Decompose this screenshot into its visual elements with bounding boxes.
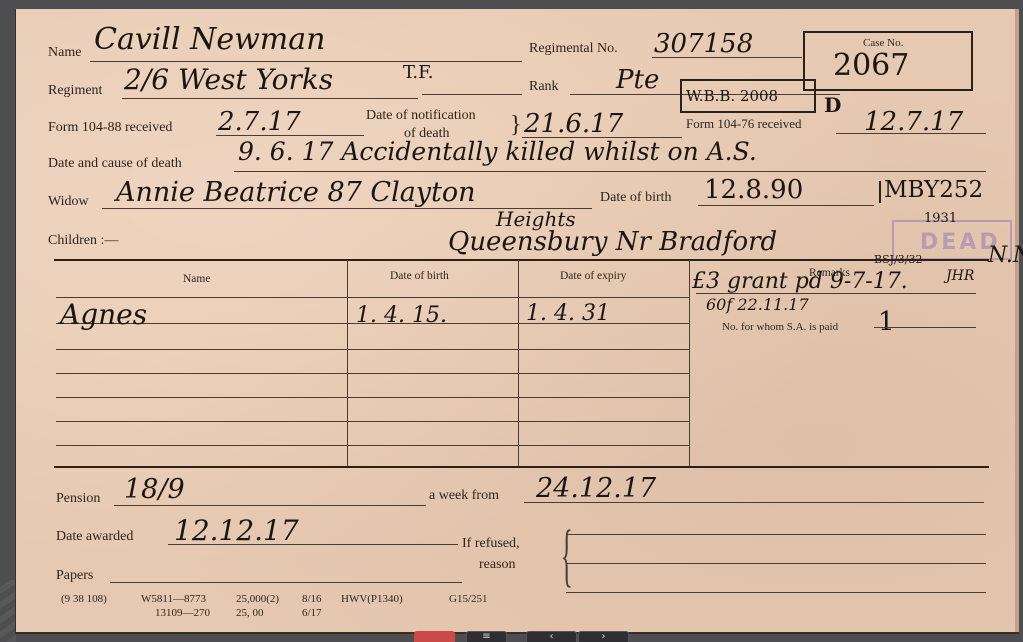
print-code-4a: 8/16 <box>302 594 322 605</box>
form-104-88-line <box>216 135 364 136</box>
a-week-from-value: 24.12.17 <box>536 475 656 502</box>
name-line <box>90 61 522 62</box>
widow-dob-line <box>698 205 874 206</box>
viewer-toolbar <box>0 631 1023 642</box>
col-divider-2 <box>518 260 519 466</box>
form-104-88-value: 2.7.17 <box>218 109 301 135</box>
card-edge <box>1015 9 1019 632</box>
rank-label: Rank <box>529 80 559 94</box>
row-line-5 <box>56 421 689 422</box>
form-104-76-line <box>836 133 986 134</box>
papers-label: Papers <box>56 569 93 583</box>
name-label: Name <box>48 46 81 60</box>
children-top-rule <box>54 259 989 261</box>
date-awarded-value: 12.12.17 <box>174 517 299 545</box>
if-refused-label: If refused, <box>462 537 520 551</box>
row-line-3 <box>56 373 689 374</box>
date-cause-death-label: Date and cause of death <box>48 157 182 171</box>
brace: } <box>510 113 522 137</box>
initials-nn: N.N. <box>988 245 1023 267</box>
print-code-4b: 6/17 <box>302 608 322 619</box>
widow-dob-label: Date of birth <box>600 191 672 205</box>
remarks-initials: JHR <box>946 269 974 283</box>
date-notification-value: 21.6.17 <box>524 111 623 137</box>
form-104-76-label: Form 104-76 received <box>686 117 802 130</box>
image-viewer: Name Cavill Newman Regimental No. 307158… <box>0 0 1023 642</box>
children-label: Children :— <box>48 234 118 248</box>
reference-bracket <box>879 181 881 203</box>
form-104-76-value: 12.7.17 <box>864 109 963 135</box>
case-no-value: 2067 <box>833 51 909 81</box>
form-104-88-label: Form 104-88 received <box>48 121 172 135</box>
table-bottom-rule <box>54 466 989 468</box>
regimental-no-line <box>652 57 802 58</box>
filmstrip-button[interactable]: ≡ <box>466 631 507 642</box>
print-code-3a: 25,000(2) <box>236 594 279 605</box>
col-divider-1 <box>347 260 348 466</box>
remarks-rule-1 <box>696 293 976 294</box>
date-awarded-label: Date awarded <box>56 530 133 544</box>
print-code-6: G15/251 <box>449 594 488 605</box>
regimental-no-value: 307158 <box>654 31 753 57</box>
children-header-dob: Date of birth <box>390 271 449 283</box>
child-dob-1: 1. 4. 15. <box>356 305 447 327</box>
widow-address-line-2: Heights <box>496 209 576 229</box>
wbb-stamp-value: W.B.B. 2008 <box>686 89 778 104</box>
chevron-left-icon: ‹ <box>527 632 576 642</box>
previous-button[interactable]: ‹ <box>526 631 577 642</box>
a-week-from-label: a week from <box>429 489 499 503</box>
children-header-expiry: Date of expiry <box>560 271 626 283</box>
print-code-1: (9 38 108) <box>61 594 107 605</box>
regimental-no-label: Regimental No. <box>529 42 618 56</box>
regiment-line <box>122 98 418 99</box>
date-cause-death-line <box>234 171 986 172</box>
pension-label: Pension <box>56 492 100 506</box>
print-code-3b: 25, 00 <box>236 608 264 619</box>
widow-label: Widow <box>48 195 89 209</box>
pension-record-card: Name Cavill Newman Regimental No. 307158… <box>15 9 1019 634</box>
date-cause-death-value: 9. 6. 17 Accidentally killed whilst on A… <box>238 139 757 164</box>
remarks-line-1: £3 grant pd 9-7-17. <box>692 271 908 293</box>
wbb-stamp-box: W.B.B. 2008 <box>680 79 816 113</box>
col-divider-3 <box>689 260 690 466</box>
reference-number: MBY252 <box>884 179 983 202</box>
print-code-2b: 13109—270 <box>155 608 210 619</box>
case-no-box: Case No. 2067 <box>803 31 973 91</box>
widow-address-line-3: Queensbury Nr Bradford <box>448 229 777 255</box>
papers-line <box>110 582 462 583</box>
row-line-0 <box>56 297 689 298</box>
filmstrip-icon: ≡ <box>467 632 506 642</box>
name-value: Cavill Newman <box>94 25 325 55</box>
date-awarded-line <box>168 544 458 545</box>
row-line-2 <box>56 349 689 350</box>
next-button[interactable]: › <box>578 631 629 642</box>
rank-value: Pte <box>616 67 659 93</box>
wbb-mark: D <box>824 95 841 115</box>
pension-value: 18/9 <box>124 476 185 503</box>
refused-line-2 <box>566 563 986 564</box>
print-code-2a: W5811—8773 <box>141 594 206 605</box>
stamp-year: 1931 <box>924 212 957 225</box>
regiment-label: Regiment <box>48 84 102 98</box>
record-button[interactable] <box>414 631 455 642</box>
no-sa-paid-value: 1 <box>878 309 895 335</box>
no-sa-paid-label: No. for whom S.A. is paid <box>722 322 838 333</box>
chevron-right-icon: › <box>579 632 628 642</box>
child-name-1: Agnes <box>60 301 147 329</box>
pension-line <box>114 505 426 506</box>
widow-value: Annie Beatrice 87 Clayton <box>116 179 476 206</box>
refused-line-3 <box>566 592 986 593</box>
regiment-suffix: T.F. <box>403 64 434 82</box>
row-line-4 <box>56 397 689 398</box>
regiment-line-2 <box>422 94 522 95</box>
regiment-value: 2/6 West Yorks <box>124 66 333 94</box>
remarks-line-2: 60f 22.11.17 <box>706 297 809 313</box>
children-header-name: Name <box>183 274 210 286</box>
print-code-5: HWV(P1340) <box>341 594 403 605</box>
widow-dob-value: 12.8.90 <box>704 177 803 203</box>
no-sa-paid-line <box>874 327 976 328</box>
row-line-6 <box>56 445 689 446</box>
a-week-from-line <box>524 502 984 503</box>
reason-label: reason <box>479 558 516 572</box>
refused-brace: { <box>561 521 573 591</box>
refused-line-1 <box>566 534 986 535</box>
child-expiry-1: 1. 4. 31 <box>526 303 610 325</box>
date-notification-label-1: Date of notification <box>366 109 476 123</box>
